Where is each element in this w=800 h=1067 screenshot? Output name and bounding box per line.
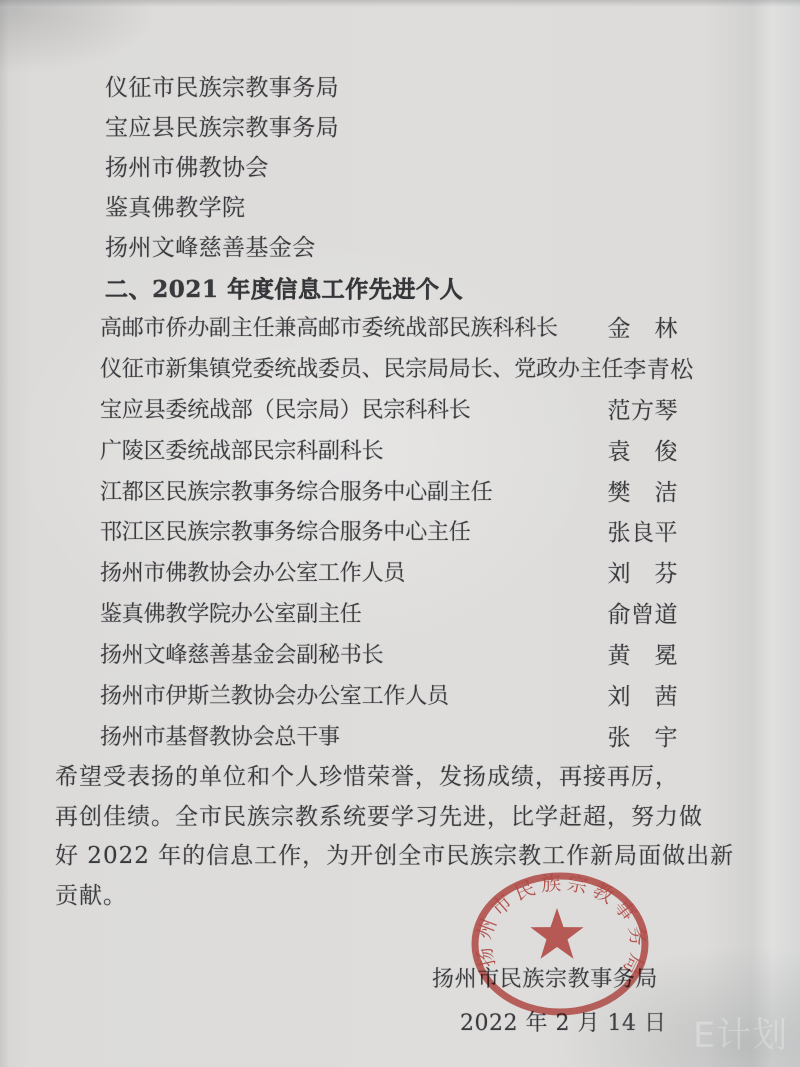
issuer-signature: 扬州市民族宗教事务局	[432, 966, 658, 994]
awardee-position: 仪征市新集镇党委统战委员、民宗局局长、党政办主任	[100, 350, 623, 391]
awarded-organization: 扬州文峰慈善基金会	[105, 228, 339, 268]
awardee-name: 俞曾道	[608, 595, 679, 636]
awardee-row: 邗江区民族宗教事务综合服务中心主任 张良平	[100, 513, 678, 554]
awardee-position: 扬州市伊斯兰教协会办公室工作人员	[100, 677, 449, 718]
awarded-organization: 扬州市佛教协会	[105, 148, 339, 188]
awarded-organizations-list: 仪征市民族宗教事务局 宝应县民族宗教事务局 扬州市佛教协会 鉴真佛教学院 扬州文…	[105, 68, 339, 268]
awarded-organization: 宝应县民族宗教事务局	[105, 108, 339, 148]
awardee-position: 扬州市基督教协会总干事	[100, 718, 340, 759]
awardee-row: 仪征市新集镇党委统战委员、民宗局局长、党政办主任 李青松	[100, 350, 678, 391]
awarded-organization: 仪征市民族宗教事务局	[105, 68, 339, 108]
closing-paragraph: 希望受表扬的单位和个人珍惜荣誉，发扬成绩，再接再厉， 再创佳绩。全市民族宗教系统…	[55, 758, 734, 916]
section-heading: 二、2021 年度信息工作先进个人	[105, 270, 463, 310]
awardee-row: 江都区民族宗教事务综合服务中心副主任 樊 洁	[100, 473, 678, 514]
awardee-name: 袁 俊	[608, 432, 679, 473]
awardee-name: 张良平	[608, 513, 679, 554]
scanned-document-page: 仪征市民族宗教事务局 宝应县民族宗教事务局 扬州市佛教协会 鉴真佛教学院 扬州文…	[0, 0, 800, 1067]
awardee-position: 高邮市侨办副主任兼高邮市委统战部民族科科长	[100, 309, 558, 350]
awardee-position: 扬州市佛教协会办公室工作人员	[100, 554, 405, 595]
awardee-position: 宝应县委统战部（民宗局）民宗科科长	[100, 391, 471, 432]
awardee-name: 刘 芬	[608, 554, 679, 595]
awardee-position: 江都区民族宗教事务综合服务中心副主任	[100, 473, 492, 514]
awardee-row: 扬州市伊斯兰教协会办公室工作人员 刘 茜	[100, 677, 678, 718]
closing-paragraph-line: 贡献。	[55, 877, 734, 917]
awardee-list: 高邮市侨办副主任兼高邮市委统战部民族科科长 金 林 仪征市新集镇党委统战委员、民…	[100, 309, 678, 759]
awardee-position: 邗江区民族宗教事务综合服务中心主任	[100, 513, 471, 554]
awardee-row: 扬州文峰慈善基金会副秘书长 黄 冕	[100, 636, 678, 677]
awardee-name: 刘 茜	[608, 677, 679, 718]
document-date: 2022 年 2 月 14 日	[460, 1010, 666, 1038]
awardee-position: 广陵区委统战部民宗科副科长	[100, 432, 383, 473]
watermark-text: E计划	[693, 1008, 788, 1058]
closing-paragraph-line: 希望受表扬的单位和个人珍惜荣誉，发扬成绩，再接再厉，	[55, 758, 734, 798]
awardee-row: 鉴真佛教学院办公室副主任 俞曾道	[100, 595, 678, 636]
awardee-position: 扬州文峰慈善基金会副秘书长	[100, 636, 383, 677]
awardee-name: 金 林	[608, 309, 679, 350]
awardee-name: 黄 冕	[608, 636, 679, 677]
awardee-name: 范方琴	[608, 391, 679, 432]
awardee-row: 广陵区委统战部民宗科副科长 袁 俊	[100, 432, 678, 473]
awardee-name: 樊 洁	[608, 473, 679, 514]
awardee-row: 宝应县委统战部（民宗局）民宗科科长 范方琴	[100, 391, 678, 432]
awardee-row: 扬州市基督教协会总干事 张 宇	[100, 718, 678, 759]
closing-paragraph-line: 好 2022 年的信息工作，为开创全市民族宗教工作新局面做出新	[55, 837, 734, 877]
awardee-row: 高邮市侨办副主任兼高邮市委统战部民族科科长 金 林	[100, 309, 678, 350]
closing-paragraph-line: 再创佳绩。全市民族宗教系统要学习先进，比学赶超，努力做	[55, 798, 734, 838]
awarded-organization: 鉴真佛教学院	[105, 188, 339, 228]
awardee-row: 扬州市佛教协会办公室工作人员 刘 芬	[100, 554, 678, 595]
awardee-position: 鉴真佛教学院办公室副主任	[100, 595, 362, 636]
awardee-name: 李青松	[623, 350, 694, 391]
awardee-name: 张 宇	[608, 718, 679, 759]
